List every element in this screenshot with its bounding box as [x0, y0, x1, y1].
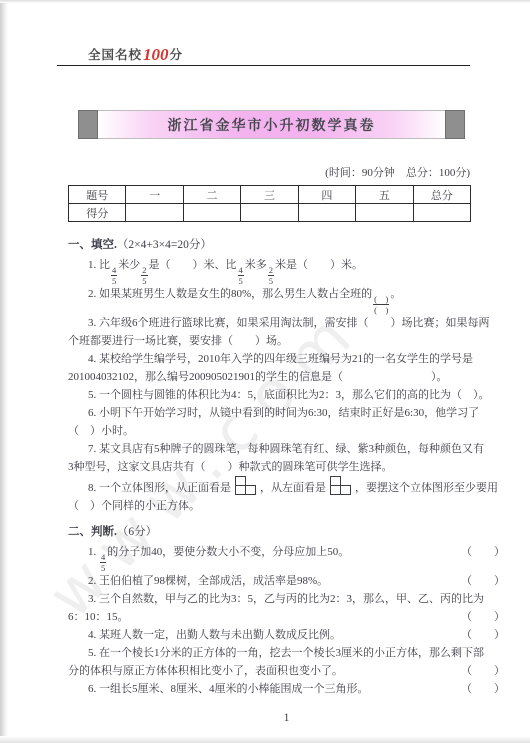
question-text: 6. 小明下午开始学习时，从镜中看到的时间为6:30，结束时正好是6:30，他学… — [88, 404, 479, 422]
question: 4. 某班人数一定，出勤人数与未出勤人数成反比例。（ ） — [68, 626, 505, 644]
fraction: 45 — [100, 553, 106, 572]
logo-text-prefix: 全国名校 — [88, 48, 142, 62]
page-content: (时间：90分钟 总分：100分) 题号一二三四五总分 得分 一、填空.（2×4… — [0, 164, 530, 724]
question: 5. 一个圆柱与圆锥的体积比为4：5，底面积比为2：3，那么它们的高的比为（ ）… — [68, 386, 505, 404]
fraction-denominator: 5 — [101, 563, 105, 572]
question-line: 3. 三个自然数，甲与乙的比为3：5，乙与丙的比为2：3，那么，甲、乙、丙的比为 — [68, 590, 505, 608]
question-text-run: 4. 某班人数一定，出勤人数与未出勤人数成反比例。 — [88, 629, 341, 641]
score-cell-empty — [298, 204, 355, 222]
answer-bracket: （ ） — [461, 572, 505, 590]
section: 二、判断.（6分）1. 45的分子加40，要使分数大小不变，分母应加上50。（ … — [68, 523, 505, 698]
question-text-run: 米多 — [245, 259, 267, 271]
question-text: 2. 如果某班男生人数是女生的80%，那么男生人数占全班的( )( )。 — [88, 285, 401, 314]
question: 5. 在一个棱长1分米的正方体的一角，挖去一个棱长3厘米的小正方体，那么剩下部分… — [68, 644, 505, 680]
score-cell-empty — [126, 204, 183, 222]
question-text-run: （ ）个同样的小正方体。 — [68, 500, 200, 512]
question-text: （ ）小时。 — [68, 422, 134, 440]
section: 一、填空.（2×4+3×4=20分）1. 比45米少25是（ ）米、比45米多2… — [68, 236, 505, 515]
question: 3. 六年级6个班进行篮球比赛，如果采用淘汰制，需安排（ ）场比赛；如果每两个班… — [68, 314, 505, 350]
question-text-run: 5. 一个圆柱与圆锥的体积比为4：5，底面积比为2：3，那么它们的高的比为（ ）… — [88, 389, 490, 401]
question-text: 3种型号，这家文具店共有（ ）种款式的圆珠笔可供学生选择。 — [68, 458, 393, 476]
banner-left-cap — [78, 110, 98, 139]
question-text-run: 5. 在一个棱长1分米的正方体的一角，挖去一个棱长3厘米的小正方体，那么剩下部 — [88, 647, 484, 659]
score-table-header-cell: 五 — [356, 186, 413, 204]
question-line: 4. 某校给学生编学号，2010年入学的四年级三班编号为21的一名女学生的学号是 — [68, 350, 505, 368]
l-tromino-figure — [235, 476, 256, 495]
question-line: 8. 一个立体图形，从正面看是，从左面看是，要摆这个立体图形至少要用 — [68, 476, 505, 497]
question-text: 2. 王伯伯植了98棵树，全部成活，成活率是98%。 — [88, 572, 328, 590]
fraction-numerator: 2 — [141, 266, 147, 276]
figure-cell — [245, 485, 256, 495]
header-rule — [57, 65, 470, 66]
question: 1. 比45米少25是（ ）米、比45米多25米是（ ）米。 — [68, 256, 505, 285]
score-table-header-cell: 二 — [183, 186, 240, 204]
question-text: 个班都要进行一场比赛，要安排（ ）场。 — [68, 332, 288, 350]
question-line: 6. 一组长5厘米、8厘米、4厘米的小棒能围成一个三角形。（ ） — [68, 680, 505, 698]
fraction-denominator: 5 — [112, 276, 116, 285]
score-table-score-row: 得分 — [69, 204, 471, 222]
question-line: 1. 比45米少25是（ ）米、比45米多25米是（ ）米。 — [68, 256, 505, 285]
score-cell-empty — [183, 204, 240, 222]
question-line: 7. 某文具店有5种牌子的圆珠笔，每种圆珠笔有红、绿、紫3种颜色，每种颜色又有 — [68, 440, 505, 458]
fraction: 45 — [238, 266, 244, 285]
question-text-run: 3. 六年级6个班进行篮球比赛，如果采用淘汰制，需安排（ ）场比赛；如果每两 — [88, 317, 490, 329]
title-banner: 浙江省金华市小升初数学真卷 — [78, 110, 465, 139]
question-text: 7. 某文具店有5种牌子的圆珠笔，每种圆珠笔有红、绿、紫3种颜色，每种颜色又有 — [88, 440, 484, 458]
fraction-numerator: 4 — [238, 266, 244, 276]
question-line: 6. 小明下午开始学习时，从镜中看到的时间为6:30，结束时正好是6:30，他学… — [68, 404, 505, 422]
question-text-run: 6. 一组长5厘米、8厘米、4厘米的小棒能围成一个三角形。 — [88, 683, 369, 695]
question-text-run: 7. 某文具店有5种牌子的圆珠笔，每种圆珠笔有红、绿、紫3种颜色，每种颜色又有 — [88, 443, 484, 455]
fraction-denominator: ( ) — [374, 305, 388, 314]
fraction: 45 — [111, 266, 117, 285]
question-line: 6：10：15。（ ） — [68, 608, 505, 626]
question: 7. 某文具店有5种牌子的圆珠笔，每种圆珠笔有红、绿、紫3种颜色，每种颜色又有3… — [68, 440, 505, 476]
question-text: 3. 六年级6个班进行篮球比赛，如果采用淘汰制，需安排（ ）场比赛；如果每两 — [88, 314, 490, 332]
question-line: （ ）个同样的小正方体。 — [68, 497, 505, 515]
question-line: 3. 六年级6个班进行篮球比赛，如果采用淘汰制，需安排（ ）场比赛；如果每两 — [68, 314, 505, 332]
question-line: 分的体积与原正方体体积相比变小了，表面积也变小了。（ ） — [68, 662, 505, 680]
score-table-header-cell: 一 — [126, 186, 183, 204]
fraction: ( )( ) — [373, 295, 389, 314]
fraction-denominator: 5 — [239, 276, 243, 285]
time-score-meta: (时间：90分钟 总分：100分) — [68, 164, 505, 180]
question-text-run: 3. 三个自然数，甲与乙的比为3：5，乙与丙的比为2：3，那么，甲、乙、丙的比为 — [88, 593, 484, 605]
question-line: （ ）小时。 — [68, 422, 505, 440]
question-text: （ ）个同样的小正方体。 — [68, 497, 200, 515]
question-text-run: 3种型号，这家文具店共有（ ）种款式的圆珠笔可供学生选择。 — [68, 461, 393, 473]
question: 1. 45的分子加40，要使分数大小不变，分母应加上50。（ ） — [68, 543, 505, 572]
answer-bracket: （ ） — [461, 608, 505, 626]
question-text-run: 米是（ ）米。 — [275, 259, 363, 271]
section-heading: 一、填空.（2×4+3×4=20分） — [68, 236, 505, 254]
question-line: 4. 某班人数一定，出勤人数与未出勤人数成反比例。（ ） — [68, 626, 505, 644]
fraction-numerator: 4 — [111, 266, 117, 276]
score-table: 题号一二三四五总分 得分 — [68, 185, 471, 222]
question-line: 5. 在一个棱长1分米的正方体的一角，挖去一个棱长3厘米的小正方体，那么剩下部 — [68, 644, 505, 662]
page-header: 全国名校100分 — [0, 0, 530, 66]
section-heading: 二、判断.（6分） — [68, 523, 505, 541]
question-text-run: 2. 王伯伯植了98棵树，全部成活，成活率是98%。 — [88, 575, 328, 587]
fraction-numerator: 4 — [100, 553, 106, 563]
answer-bracket: （ ） — [461, 543, 505, 561]
section-heading-label: 一、填空. — [68, 239, 117, 251]
question: 6. 小明下午开始学习时，从镜中看到的时间为6:30，结束时正好是6:30，他学… — [68, 404, 505, 440]
score-table-header-cell: 三 — [241, 186, 298, 204]
question: 6. 一组长5厘米、8厘米、4厘米的小棒能围成一个三角形。（ ） — [68, 680, 505, 698]
score-table-head-row: 题号一二三四五总分 — [69, 186, 471, 204]
score-row-label: 得分 — [69, 204, 126, 222]
question-line: 2. 王伯伯植了98棵树，全部成活，成活率是98%。（ ） — [68, 572, 505, 590]
question-text-run: 1. — [88, 546, 99, 558]
question-text-run: 。 — [390, 288, 401, 300]
question-line: 2. 如果某班男生人数是女生的80%，那么男生人数占全班的( )( )。 — [68, 285, 505, 314]
question: 2. 王伯伯植了98棵树，全部成活，成活率是98%。（ ） — [68, 572, 505, 590]
question-text-run: 米少 — [118, 259, 140, 271]
score-cell-empty — [241, 204, 298, 222]
question-line: 201004032102，那么编号200905021901的学生的信息是（ ）。 — [68, 368, 505, 386]
exam-paper-page: www.com 全国名校100分 浙江省金华市小升初数学真卷 (时间：90分钟 … — [0, 0, 530, 743]
question-text: 6. 一组长5厘米、8厘米、4厘米的小棒能围成一个三角形。 — [88, 680, 369, 698]
question-text: 8. 一个立体图形，从正面看是，从左面看是，要摆这个立体图形至少要用 — [88, 476, 498, 497]
question-text-run: 6. 小明下午开始学习时，从镜中看到的时间为6:30，结束时正好是6:30，他学… — [88, 407, 479, 419]
section-heading-points: （6分） — [117, 526, 157, 538]
answer-bracket: （ ） — [461, 626, 505, 644]
question-text-run: 201004032102，那么编号200905021901的学生的信息是（ ）。 — [68, 371, 448, 383]
question-text: 4. 某班人数一定，出勤人数与未出勤人数成反比例。 — [88, 626, 341, 644]
score-table-header-cell: 四 — [298, 186, 355, 204]
sections: 一、填空.（2×4+3×4=20分）1. 比45米少25是（ ）米、比45米多2… — [68, 236, 505, 698]
score-table-header-cell: 题号 — [69, 186, 126, 204]
brand-logo: 全国名校100分 — [88, 44, 530, 64]
fraction: 25 — [268, 266, 274, 285]
section-heading-label: 二、判断. — [68, 526, 117, 538]
question-text-run: 2. 如果某班男生人数是女生的80%，那么男生人数占全班的 — [88, 288, 372, 300]
question-text: 1. 比45米少25是（ ）米、比45米多25米是（ ）米。 — [88, 256, 363, 285]
score-table-header-cell: 总分 — [413, 186, 470, 204]
question-text: 5. 一个圆柱与圆锥的体积比为4：5，底面积比为2：3，那么它们的高的比为（ ）… — [88, 386, 490, 404]
question: 3. 三个自然数，甲与乙的比为3：5，乙与丙的比为2：3，那么，甲、乙、丙的比为… — [68, 590, 505, 626]
question-text-run: ，从左面看是 — [260, 482, 326, 494]
question-line: 3种型号，这家文具店共有（ ）种款式的圆珠笔可供学生选择。 — [68, 458, 505, 476]
logo-score-number: 100 — [143, 45, 169, 64]
question-text-run: 1. 比 — [88, 259, 110, 271]
score-cell-empty — [356, 204, 413, 222]
fraction-numerator: 2 — [268, 266, 274, 276]
question-text: 3. 三个自然数，甲与乙的比为3：5，乙与丙的比为2：3，那么，甲、乙、丙的比为 — [88, 590, 484, 608]
question-text: 4. 某校给学生编学号，2010年入学的四年级三班编号为21的一名女学生的学号是 — [88, 350, 473, 368]
question-text: 分的体积与原正方体体积相比变小了，表面积也变小了。 — [68, 662, 343, 680]
question-text-run: 4. 某校给学生编学号，2010年入学的四年级三班编号为21的一名女学生的学号是 — [88, 353, 473, 365]
question-line: 5. 一个圆柱与圆锥的体积比为4：5，底面积比为2：3，那么它们的高的比为（ ）… — [68, 386, 505, 404]
question: 8. 一个立体图形，从正面看是，从左面看是，要摆这个立体图形至少要用（ ）个同样… — [68, 476, 505, 515]
answer-bracket: （ ） — [461, 680, 505, 698]
question-text-run: 8. 一个立体图形，从正面看是 — [88, 482, 231, 494]
question-line: 个班都要进行一场比赛，要安排（ ）场。 — [68, 332, 505, 350]
page-number: 1 — [68, 712, 505, 724]
figure-cell — [340, 485, 351, 495]
question-line: 1. 45的分子加40，要使分数大小不变，分母应加上50。（ ） — [68, 543, 505, 572]
scan-bottom-edge — [0, 736, 530, 743]
question-text-run: 个班都要进行一场比赛，要安排（ ）场。 — [68, 335, 288, 347]
banner-right-cap — [445, 110, 465, 139]
exam-title: 浙江省金华市小升初数学真卷 — [98, 110, 445, 139]
l-tromino-figure — [330, 476, 351, 495]
fraction: 25 — [141, 266, 147, 285]
question-text-run: 分的体积与原正方体体积相比变小了，表面积也变小了。 — [68, 665, 343, 677]
question: 2. 如果某班男生人数是女生的80%，那么男生人数占全班的( )( )。 — [68, 285, 505, 314]
question-text-run: （ ）小时。 — [68, 425, 134, 437]
question-text: 1. 45的分子加40，要使分数大小不变，分母应加上50。 — [88, 543, 349, 572]
question-text-run: 是（ ）米、比 — [149, 259, 237, 271]
question-text-run: 的分子加40，要使分数大小不变，分母应加上50。 — [107, 546, 349, 558]
question-text: 201004032102，那么编号200905021901的学生的信息是（ ）。 — [68, 368, 448, 386]
fraction-denominator: 5 — [142, 276, 146, 285]
question-text-run: 6：10：15。 — [68, 611, 129, 623]
scan-top-edge — [0, 0, 530, 3]
fraction-denominator: 5 — [269, 276, 273, 285]
answer-bracket: （ ） — [461, 662, 505, 680]
question-text: 6：10：15。 — [68, 608, 129, 626]
question: 4. 某校给学生编学号，2010年入学的四年级三班编号为21的一名女学生的学号是… — [68, 350, 505, 386]
question-text-run: ，要摆这个立体图形至少要用 — [355, 482, 498, 494]
section-heading-points: （2×4+3×4=20分） — [117, 239, 212, 251]
fraction-numerator: ( ) — [373, 295, 389, 305]
score-cell-empty — [413, 204, 470, 222]
question-text: 5. 在一个棱长1分米的正方体的一角，挖去一个棱长3厘米的小正方体，那么剩下部 — [88, 644, 484, 662]
logo-text-suffix: 分 — [170, 48, 184, 62]
